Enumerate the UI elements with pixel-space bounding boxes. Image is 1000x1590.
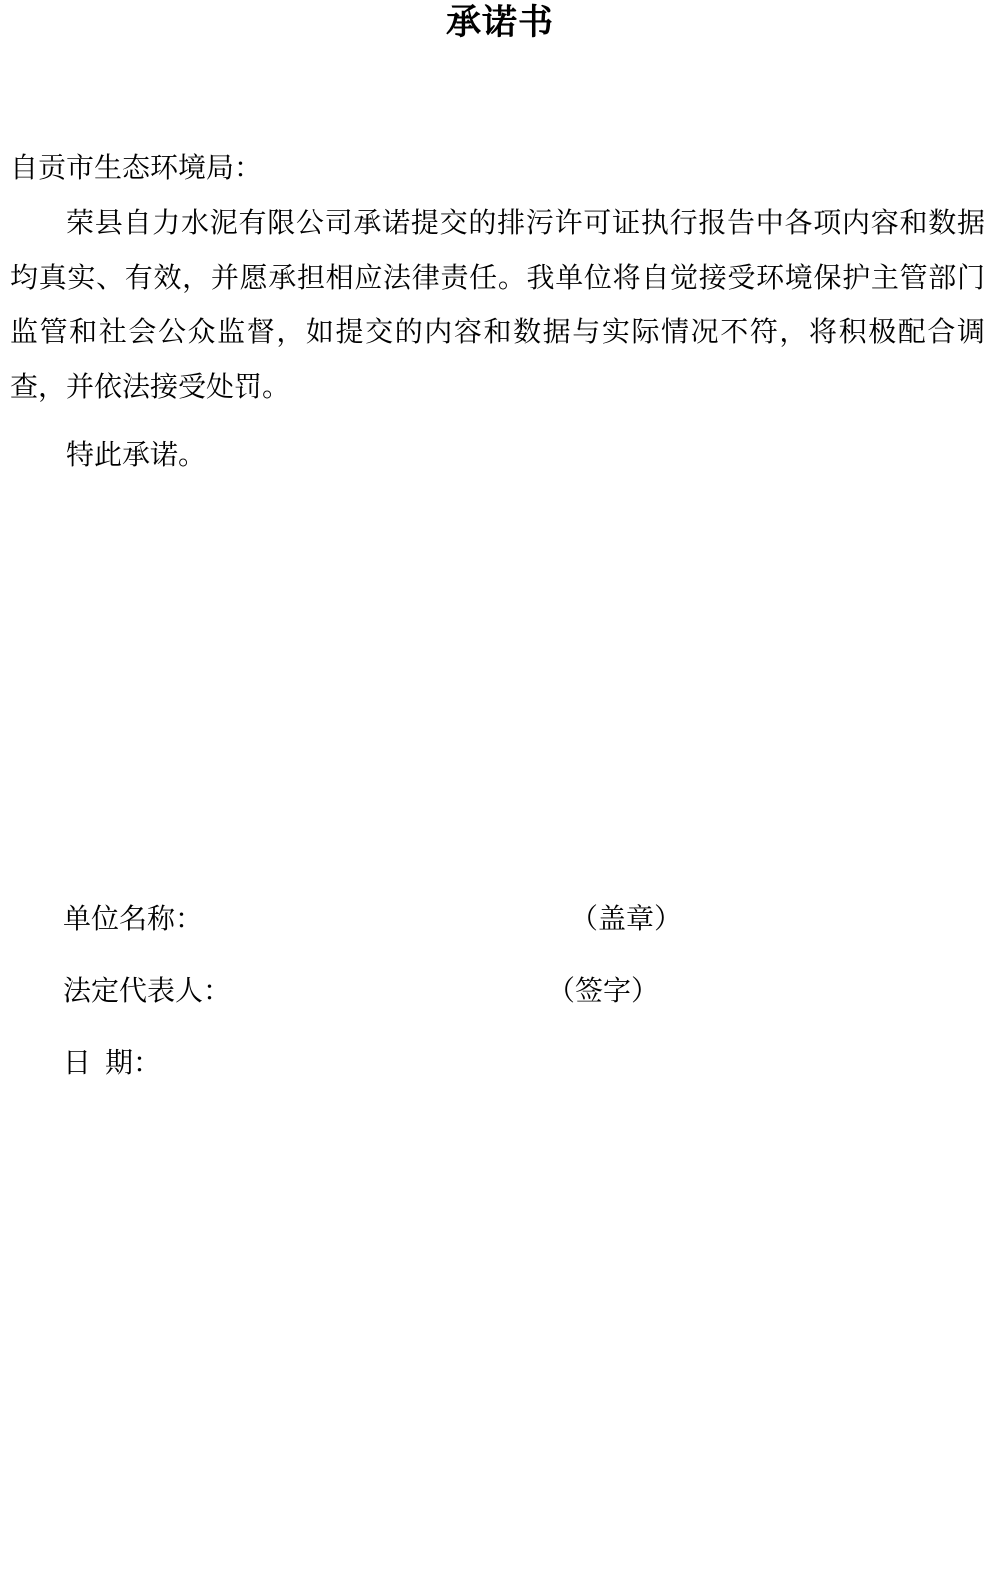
date-row: 日 期：: [10, 1047, 985, 1081]
document-title: 承诺书: [0, 2, 1000, 44]
seal-note: （盖章）: [570, 903, 682, 937]
sign-note: （签字）: [547, 975, 659, 1009]
unit-name-label: 单位名称：: [63, 903, 203, 937]
commitment-letter-page: 承诺书 自贡市生态环境局： 荣县自力水泥有限公司承诺提交的排污许可证执行报告中各…: [0, 0, 1000, 1590]
legal-representative-row: 法定代表人： （签字）: [10, 975, 985, 1009]
closing-line: 特此承诺。: [10, 429, 985, 483]
legal-rep-label: 法定代表人：: [63, 975, 231, 1009]
date-label: 日 期：: [63, 1047, 161, 1081]
salutation-line: 自贡市生态环境局：: [10, 142, 985, 196]
unit-name-row: 单位名称： （盖章）: [10, 903, 985, 937]
commitment-body-paragraph: 荣县自力水泥有限公司承诺提交的排污许可证执行报告中各项内容和数据均真实、有效，并…: [10, 197, 985, 415]
